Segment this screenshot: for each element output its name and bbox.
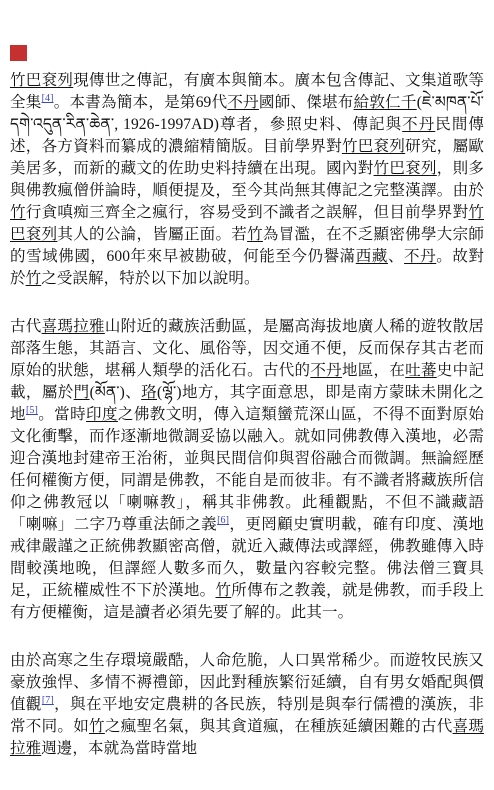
inline-link[interactable]: 竹	[10, 204, 26, 221]
inline-link[interactable]: 吐蕃	[405, 362, 437, 379]
footnote-ref-link[interactable]: [4]	[42, 93, 54, 104]
inline-link[interactable]: 門	[74, 384, 90, 401]
footnote-ref[interactable]: [4]	[42, 93, 54, 104]
footnote-ref[interactable]: [6]	[217, 515, 229, 526]
inline-link[interactable]: 竹	[247, 226, 263, 243]
footnote-ref-link[interactable]: [6]	[217, 515, 229, 526]
inline-link[interactable]: 不丹	[310, 362, 342, 379]
text-run: 國師、傑堪布	[259, 94, 354, 111]
inline-link[interactable]: 竹	[215, 582, 231, 599]
text-run: 古代	[10, 318, 42, 335]
text-run: 、	[388, 248, 404, 265]
text-run: 之受誤解，特於以下加以說明。	[41, 270, 259, 287]
text-run: (མོན་)、	[90, 384, 142, 401]
inline-link[interactable]: 不丹	[227, 94, 259, 111]
footnote-ref-link[interactable]: [5]	[26, 405, 38, 416]
inline-link[interactable]: 西藏	[356, 248, 388, 265]
inline-link[interactable]: 給敦仁千	[354, 94, 417, 111]
footnote-ref[interactable]: [7]	[42, 695, 54, 706]
paragraph: 古代喜瑪拉雅山附近的藏族活動區，是屬高海拔地廣人稀的遊牧散居部落生態，其語言、文…	[10, 316, 484, 624]
text-run: 之佛教文明，傳入這類蠻荒深山區，不得不面對原始文化衝擊，而作逐漸地微調妥協以融入…	[10, 406, 484, 533]
document-content: 竹巴袞列現傳世之傳記，有廣本與簡本。廣本包含傳記、文集道歌等全集[4]。本書為簡…	[0, 0, 494, 786]
inline-link[interactable]: 不丹	[404, 248, 436, 265]
inline-link[interactable]: 不丹	[402, 116, 435, 133]
inline-link[interactable]: 竹巴袞列	[374, 160, 437, 177]
footnote-ref[interactable]: [5]	[26, 405, 38, 416]
text-run: 地區，在	[342, 362, 405, 379]
text-run: 行貪嗔痴三齊全之瘋行，容易受到不識者之誤解，但目前學界對	[26, 204, 469, 221]
document-page: 竹巴袞列現傳世之傳記，有廣本與簡本。廣本包含傳記、文集道歌等全集[4]。本書為簡…	[0, 0, 494, 790]
inline-link[interactable]: 竹巴袞列	[342, 138, 405, 155]
paragraph: 由於高寒之生存環境嚴酷，人命危脆，人口異常稀少。而遊牧民族又豪放強悍、多情不褥禮…	[10, 650, 484, 760]
inline-link[interactable]: 竹巴袞列	[10, 72, 73, 89]
inline-link[interactable]: 珞	[141, 384, 157, 401]
text-run: 其人的公論，皆屬正面。若	[57, 226, 247, 243]
inline-link[interactable]: 喜瑪拉雅	[42, 318, 105, 335]
paragraph: 竹巴袞列現傳世之傳記，有廣本與簡本。廣本包含傳記、文集道歌等全集[4]。本書為簡…	[10, 70, 484, 290]
inline-link[interactable]: 印度	[86, 406, 118, 423]
text-run: 。當時	[38, 406, 86, 423]
text-run: 週邊，本就為當時當地	[41, 740, 197, 757]
text-run: 。本書為簡本，是第69代	[54, 94, 228, 111]
inline-link[interactable]: 竹	[26, 270, 42, 287]
text-run: 之瘋聖名氣，與其貪道瘋，在種族延續困難的古代	[105, 718, 453, 735]
inline-link[interactable]: 竹	[89, 718, 105, 735]
footnote-ref-link[interactable]: [7]	[42, 695, 54, 706]
